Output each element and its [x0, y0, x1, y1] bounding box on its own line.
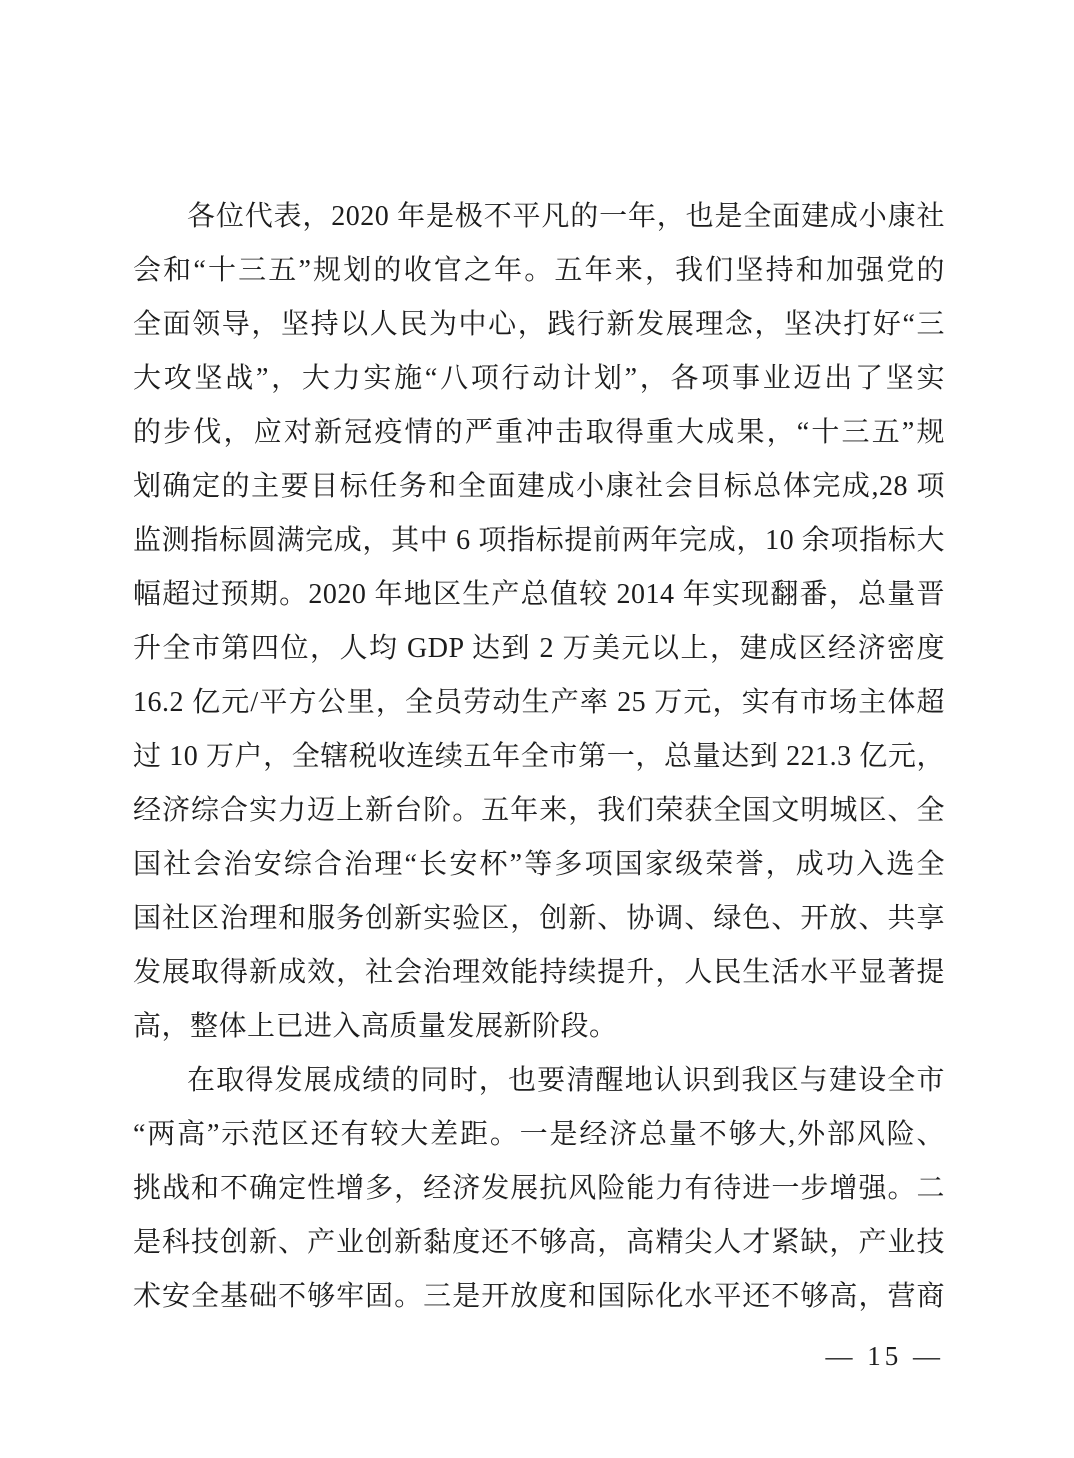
text-line: 划确定的主要目标任务和全面建成小康社会目标总体完成,28 项	[133, 460, 945, 514]
text-line: 大攻坚战”，大力实施“八项行动计划”，各项事业迈出了坚实	[133, 352, 945, 406]
text-line: 在取得发展成绩的同时，也要清醒地认识到我区与建设全市	[133, 1054, 945, 1108]
document-page: 各位代表，2020 年是极不平凡的一年，也是全面建成小康社 会和“十三五”规划的…	[0, 0, 1074, 1458]
text-line: 幅超过预期。2020 年地区生产总值较 2014 年实现翻番，总量晋	[133, 568, 945, 622]
text-line: 高，整体上已进入高质量发展新阶段。	[133, 1000, 945, 1054]
text-line: 挑战和不确定性增多，经济发展抗风险能力有待进一步增强。二	[133, 1162, 945, 1216]
text-line: 是科技创新、产业创新黏度还不够高，高精尖人才紧缺，产业技	[133, 1216, 945, 1270]
text-line: 过 10 万户，全辖税收连续五年全市第一，总量达到 221.3 亿元，	[133, 730, 945, 784]
text-line: 发展取得新成效，社会治理效能持续提升，人民生活水平显著提	[133, 946, 945, 1000]
text-line: 会和“十三五”规划的收官之年。五年来，我们坚持和加强党的	[133, 244, 945, 298]
body-text: 各位代表，2020 年是极不平凡的一年，也是全面建成小康社 会和“十三五”规划的…	[133, 190, 945, 1324]
text-line: 的步伐，应对新冠疫情的严重冲击取得重大成果，“十三五”规	[133, 406, 945, 460]
text-line: 监测指标圆满完成，其中 6 项指标提前两年完成，10 余项指标大	[133, 514, 945, 568]
text-line: 国社区治理和服务创新实验区，创新、协调、绿色、开放、共享	[133, 892, 945, 946]
paragraph-1: 各位代表，2020 年是极不平凡的一年，也是全面建成小康社 会和“十三五”规划的…	[133, 190, 945, 1054]
text-line: 16.2 亿元/平方公里，全员劳动生产率 25 万元，实有市场主体超	[133, 676, 945, 730]
text-line: 各位代表，2020 年是极不平凡的一年，也是全面建成小康社	[133, 190, 945, 244]
text-line: 升全市第四位，人均 GDP 达到 2 万美元以上，建成区经济密度	[133, 622, 945, 676]
text-line: 国社会治安综合治理“长安杯”等多项国家级荣誉，成功入选全	[133, 838, 945, 892]
text-line: 术安全基础不够牢固。三是开放度和国际化水平还不够高，营商	[133, 1270, 945, 1324]
text-line: 全面领导，坚持以人民为中心，践行新发展理念，坚决打好“三	[133, 298, 945, 352]
paragraph-2: 在取得发展成绩的同时，也要清醒地认识到我区与建设全市 “两高”示范区还有较大差距…	[133, 1054, 945, 1324]
page-number: — 15 —	[826, 1340, 945, 1372]
text-line: “两高”示范区还有较大差距。一是经济总量不够大,外部风险、	[133, 1108, 945, 1162]
text-line: 经济综合实力迈上新台阶。五年来，我们荣获全国文明城区、全	[133, 784, 945, 838]
